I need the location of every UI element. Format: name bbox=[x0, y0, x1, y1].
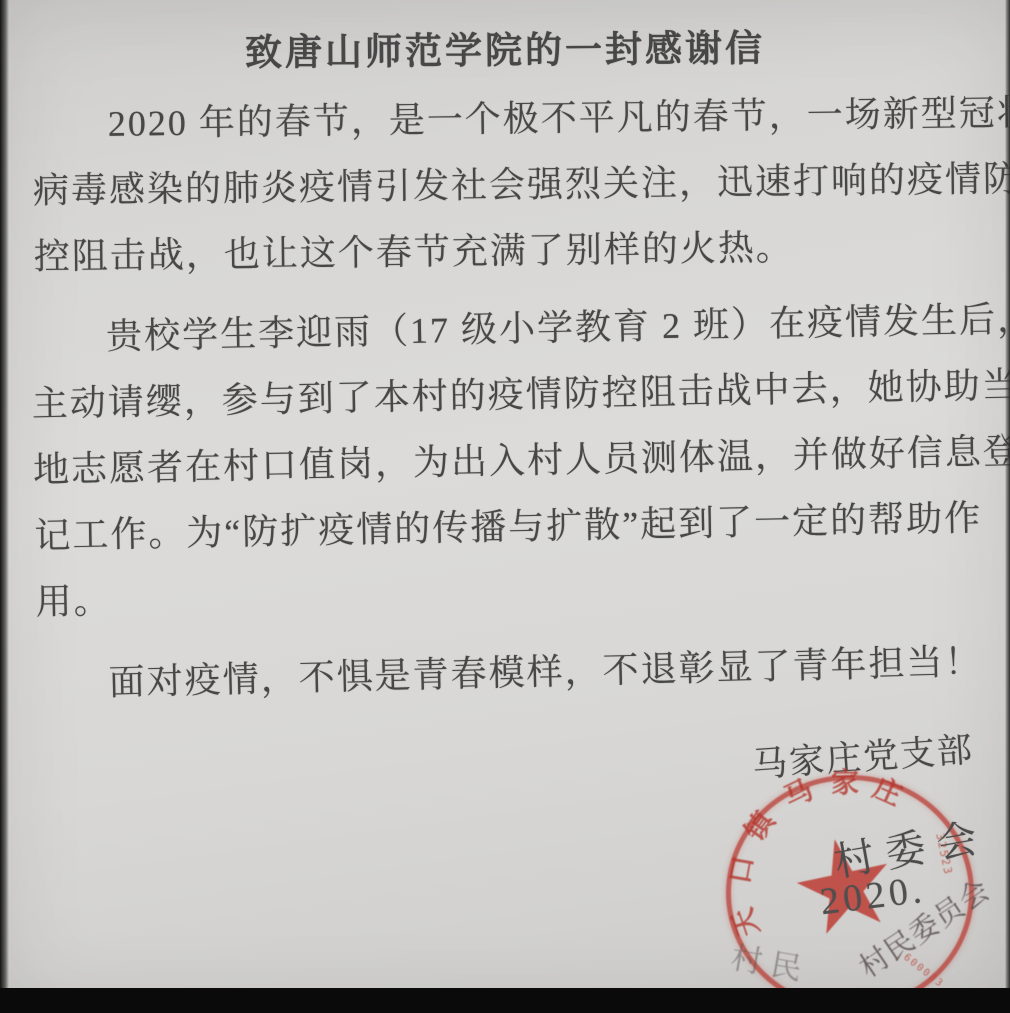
letter-photo: 致唐山师范学院的一封感谢信 2020 年的春节，是一个极不平凡的春节，一场新型冠… bbox=[0, 0, 1010, 1013]
seal-ring-char: 家 bbox=[829, 768, 861, 800]
photo-black-bar bbox=[0, 988, 1010, 1013]
photo-edge-right bbox=[1005, 0, 1010, 1013]
seal-ring-char: 口 bbox=[724, 851, 761, 888]
photo-edge-left bbox=[0, 0, 9, 1013]
